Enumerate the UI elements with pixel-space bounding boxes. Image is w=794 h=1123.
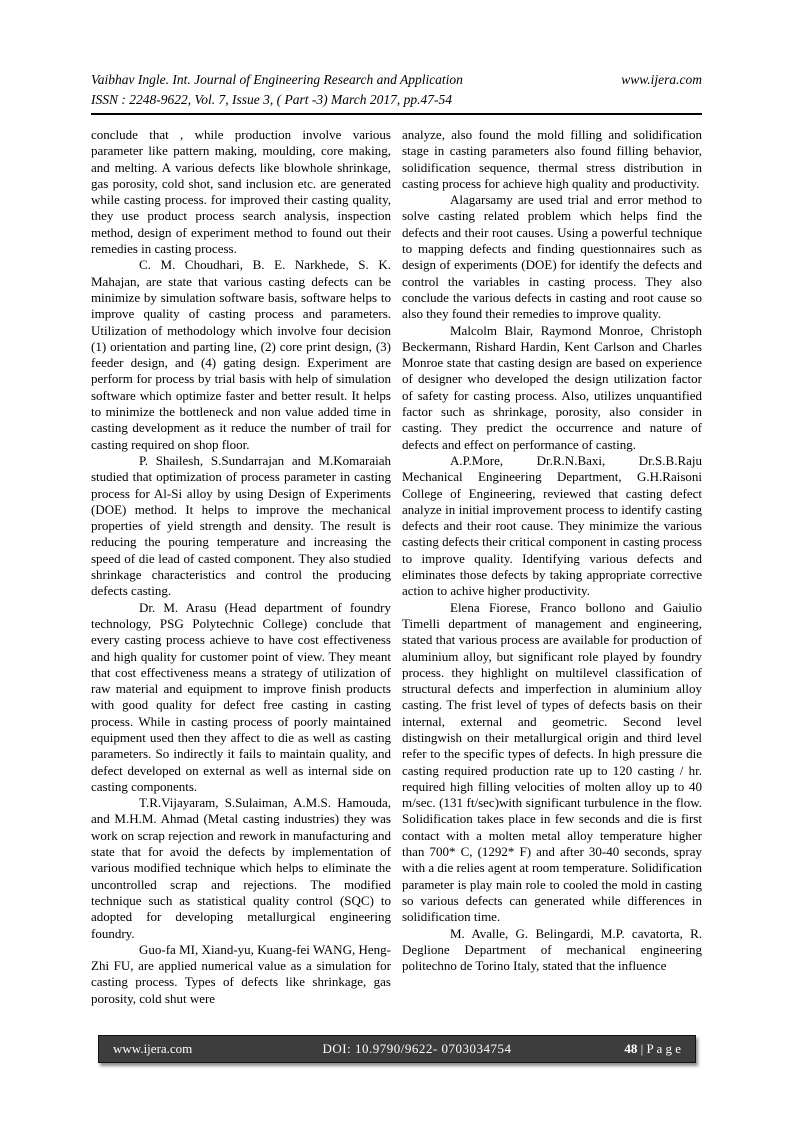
body-paragraph: Malcolm Blair, Raymond Monroe, Christoph… <box>402 323 702 453</box>
header-website-link[interactable]: www.ijera.com <box>621 70 702 90</box>
footer-bar: www.ijera.com DOI: 10.9790/9622- 0703034… <box>98 1035 696 1063</box>
journal-title: Vaibhav Ingle. Int. Journal of Engineeri… <box>91 70 463 90</box>
body-paragraph: Dr. M. Arasu (Head department of foundry… <box>91 600 391 796</box>
left-column: conclude that , while production involve… <box>91 127 391 1007</box>
two-column-body: conclude that , while production involve… <box>91 127 702 1007</box>
footer-website-link[interactable]: www.ijera.com <box>113 1041 283 1057</box>
page-number-suffix: | P a g e <box>637 1041 681 1056</box>
body-paragraph: C. M. Choudhari, B. E. Narkhede, S. K. M… <box>91 257 391 453</box>
right-column: analyze, also found the mold filling and… <box>402 127 702 1007</box>
body-paragraph: Alagarsamy are used trial and error meth… <box>402 192 702 322</box>
body-paragraph: analyze, also found the mold filling and… <box>402 127 702 192</box>
page-header: Vaibhav Ingle. Int. Journal of Engineeri… <box>91 70 702 115</box>
body-paragraph: T.R.Vijayaram, S.Sulaiman, A.M.S. Hamoud… <box>91 795 391 942</box>
body-paragraph: M. Avalle, G. Belingardi, M.P. cavatorta… <box>402 926 702 975</box>
journal-page: Vaibhav Ingle. Int. Journal of Engineeri… <box>0 0 794 1007</box>
issn-volume-line: ISSN : 2248-9622, Vol. 7, Issue 3, ( Par… <box>91 90 452 110</box>
body-paragraph: P. Shailesh, S.Sundarrajan and M.Komarai… <box>91 453 391 600</box>
body-paragraph: Guo-fa MI, Xiand-yu, Kuang-fei WANG, Hen… <box>91 942 391 1007</box>
page-number-value: 48 <box>624 1041 637 1056</box>
body-paragraph: conclude that , while production involve… <box>91 127 391 257</box>
body-paragraph: Elena Fiorese, Franco bollono and Gaiuli… <box>402 600 702 926</box>
footer-doi: DOI: 10.9790/9622- 0703034754 <box>283 1041 551 1057</box>
body-paragraph: A.P.More, Dr.R.N.Baxi, Dr.S.B.Raju Mecha… <box>402 453 702 600</box>
footer-page-number: 48 | P a g e <box>551 1041 681 1057</box>
